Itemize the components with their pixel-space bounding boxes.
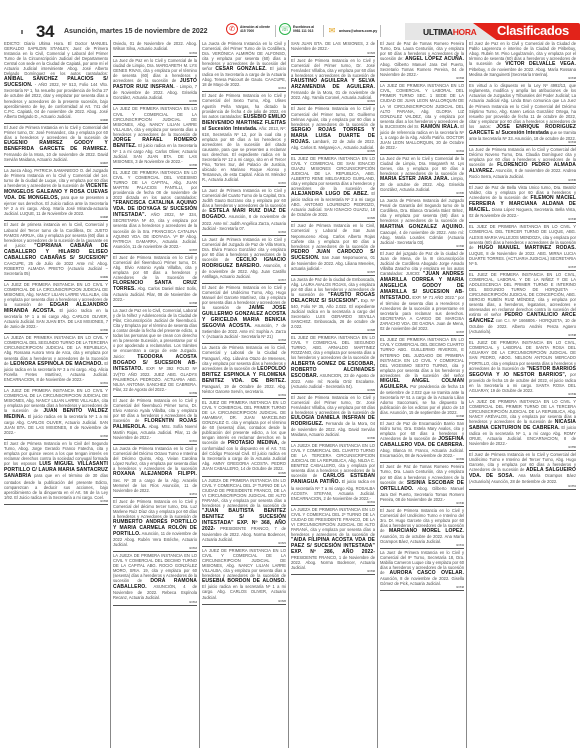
notice-footer: El juicio radica en la secretaría Nº 1 a…: [202, 584, 286, 599]
notice-footer: Año: 2013, Nº: 618, Secretaría Nº 12, po…: [202, 126, 286, 182]
edict-notice: El Juez de Paz de Encarnación Barrio San…: [380, 420, 464, 463]
notice-body: La Jueza de Primera Instancia en lo Civi…: [113, 446, 197, 471]
notice-code: E1717: [202, 279, 286, 282]
notice-body: El Juez de Primera Instancia en lo Civil…: [113, 499, 197, 519]
notice-body: EL JUEZ DE PRIMERA INSTANCIA EN LO CIVIL…: [202, 400, 286, 445]
edict-notice: El Juez del juzgado de Paz de la ciudad …: [380, 250, 464, 337]
edict-notice: La Juez de Primera Instancia en lo Civil…: [380, 549, 464, 591]
edict-notice: EDICTO: Diario Ultima Hora. El Doctor MA…: [4, 40, 108, 124]
notice-code: E1737: [380, 331, 464, 334]
column-2: Oviedo, 01 de Noviembre de 2022. Abog. W…: [110, 40, 199, 748]
notice-code: E1746: [469, 218, 576, 221]
notice-code: E1698: [4, 216, 108, 219]
notice-body: El Juez de Primera Instancia en lo Civil…: [291, 58, 375, 78]
edict-notice: La Juez de Paz en lo Civil y Comercial d…: [113, 57, 197, 105]
edict-notice: EL JUEZ DE PRIMERA INSTANCIA EN LO CIVIL…: [113, 169, 197, 254]
section-title: Clasificados: [497, 23, 569, 38]
edict-notice: EL JUEZ DE PRIMERA INSTANCIA EN LO CIVIL…: [291, 334, 375, 393]
brand-banner: ULTIMAHORA Clasificados: [405, 23, 580, 40]
contact-email-address: avisos@uhora.com.py: [339, 29, 377, 33]
notice-code: E1705: [113, 100, 197, 103]
deceased-name: "AIDA FILIPINA ACOSTA VDA DE PAEZ S/ SUC…: [291, 537, 375, 555]
notice-code: E1736: [380, 245, 464, 248]
edict-notice: LA JUEZ DE PRIMERA INSTANCIA EN LO CIVIL…: [202, 547, 286, 604]
edict-notice: El Juez de Primera Instancia en lo Civil…: [380, 507, 464, 549]
notice-code: E1704: [113, 52, 197, 55]
notice-body: LA JUEZ DE PRIMERA INSTANCIA EN LO CIVIL…: [380, 83, 464, 128]
edict-notice: El Juez de Primera Instancia en lo Civil…: [291, 394, 375, 442]
notice-body: La Juez de Paz en lo Civil y Comercial d…: [380, 156, 464, 176]
edict-notice: La Jueza de Paz de la ciudad de Emboscad…: [291, 276, 375, 334]
brand-hora: HORA: [453, 27, 477, 37]
notice-code: E1696: [4, 119, 108, 122]
notice-footer: Fernando de la Mora, 10 de noviembre de …: [4, 152, 108, 162]
notice-footer: EXP. Nº 71 AÑO 2022." por el término de …: [380, 295, 464, 331]
column-4: SAN JUAN BTA. DE LAS MISIONES, 2 de Novi…: [288, 40, 377, 748]
notice-code: E1738: [380, 415, 464, 418]
notice-code: E1732: [291, 570, 375, 573]
notice-code: E1711: [113, 493, 197, 496]
notice-code: E1742: [380, 586, 464, 589]
edict-notice: El Juez de Primera Instancia en lo Civil…: [202, 284, 286, 344]
edict-notice: LA JUEZA DE PRIMERA INSTANCIA EN LO CIVI…: [113, 552, 197, 605]
brand-ultima: ULTIMA: [423, 27, 453, 37]
notice-code: E1728: [291, 329, 375, 332]
notice-code: E1749: [469, 393, 576, 396]
notice-code: E1745: [469, 179, 576, 182]
notice-code: E1703: [4, 500, 108, 503]
notice-code: E1725: [291, 150, 375, 153]
whatsapp-icon: ☏: [279, 23, 291, 35]
edict-notice: El Juez de Primera Instancia en lo Civil…: [469, 451, 576, 489]
notice-code: E1733: [380, 77, 464, 80]
notice-body: LA JUEZA DE PRIMERA INSTANCIA EN LO CIVI…: [202, 478, 286, 508]
notice-code: E1719: [202, 394, 286, 397]
edict-notice: EL JUEZ DE PRIMERA INSTANCIA EN LO CIVIL…: [469, 271, 576, 340]
edict-notice: El Juez de Primera Instancia en lo Civil…: [113, 254, 197, 307]
notice-footer: AÑO 2022, Nº 334, SECRETARIA Nº 40, cita…: [113, 212, 197, 248]
notice-code: E1720: [202, 472, 286, 475]
edict-notice: SAN JUAN BTA. DE LAS MISIONES, 2 de Novi…: [291, 40, 375, 57]
contact-phone: ✆ Atención al cliente 415 7000: [226, 23, 270, 35]
notice-code: E1739: [380, 458, 464, 461]
notice-code: E1735: [380, 192, 464, 195]
notice-code: E1712: [113, 547, 197, 550]
edict-notice: La Juez de Primera Instancia en lo Civil…: [202, 236, 286, 284]
edict-notice: La Jueza de Primera Instancia en lo Civi…: [202, 40, 286, 92]
classifieds-columns: EDICTO: Diario Ultima Hora. El Doctor MA…: [2, 40, 578, 748]
edict-notice: LA JUEZ DE PRIMERA INSTANCIA EN LO CIVIL…: [380, 82, 464, 155]
notice-body: El Juez de Primera Instancia en lo Civil…: [113, 255, 197, 280]
edict-notice: El Juez de Primera Instancia en lo Civil…: [113, 498, 197, 552]
notice-code: E1710: [113, 440, 197, 443]
edict-notice: El Juez de Paz de Bella Vista Unico turn…: [469, 184, 576, 223]
brand-logo: ULTIMAHORA: [423, 27, 477, 37]
edict-notice: LA JUEZA DE PRIMERA INSTANCIA EN LO CIVI…: [202, 477, 286, 548]
notice-code: E1713: [113, 601, 197, 604]
edict-notice: LA JUEZA DE PRIMERA INSTANCIA EN LO CIVI…: [291, 506, 375, 576]
notice-code: E1700: [4, 329, 108, 332]
notice-code: E1724: [291, 100, 375, 103]
column-1: EDICTO: Diario Ultima Hora. El Doctor MA…: [2, 40, 110, 748]
notice-code: E1734: [380, 150, 464, 153]
contact-value: 0981 111 013: [293, 29, 314, 33]
notice-body: Oviedo, 01 de Noviembre de 2022. Abog. W…: [113, 41, 197, 51]
notice-code: E1726: [291, 217, 375, 220]
deceased-name: FAUSTINO AGUILERA Y SELVA ARZAMENDIA DE …: [291, 78, 375, 90]
notice-footer: CAACUPE, 25 de Julio de 2022 Ante mí: Ab…: [4, 261, 108, 276]
notice-code: E1707: [113, 249, 197, 252]
edict-notice: La Juez de Paz en lo Civil, Comercial, L…: [113, 307, 197, 397]
notice-body: El Juez de Primera Instancia en lo Civil…: [291, 395, 375, 415]
notice-body: EL JUEZ DE PRIMERA INSTANCIA EN LO CIVIL…: [469, 272, 576, 317]
notice-footer: Abog. Blanca M. Franco, Actuaria Judicia…: [380, 448, 464, 458]
edict-notice: El Juez de Primera Instancia en lo Civil…: [4, 440, 108, 505]
notice-code: E1697: [4, 162, 108, 165]
notice-footer: Fernando de la Mora, 01 de noviembre de …: [291, 90, 375, 100]
page-number: 34: [36, 22, 54, 42]
edict-notice: La Juez de Paz en lo Civil y Comercial d…: [380, 155, 464, 197]
notice-code: E1751: [469, 485, 576, 488]
edict-notice: Oviedo, 01 de Noviembre de 2022. Abog. W…: [113, 40, 197, 57]
notice-code: E1715: [202, 182, 286, 185]
edict-notice: La Juez de Primera Instancia en lo Civil…: [202, 187, 286, 235]
edict-notice: La Jueza de Primera Instancia del Juzgad…: [380, 197, 464, 249]
edict-notice: EL JUEZ DE PRIMERA INSTANCIA EN LO CIVIL…: [202, 399, 286, 477]
notice-body: El Juez de Primera Instancia en lo Civil…: [291, 106, 375, 126]
notice-code: E1740: [380, 502, 464, 505]
edict-notice: El Juez de Primera Instancia en lo Civil…: [291, 57, 375, 105]
notice-code: E1750: [469, 446, 576, 449]
notice-code: E1709: [113, 392, 197, 395]
edict-notice: EL JUEZ DE PRIMERA INSTANCIA EN LO CIVIL…: [380, 336, 464, 420]
notice-body: EL JUEZ DE PRIMERA INSTANCIA EN LO CIVIL…: [291, 156, 375, 191]
notice-footer: Abog. Gilberto Manuel Jara Del Puerto, S…: [380, 62, 464, 77]
notice-footer: - AÑO 2022, Nº 513, Folio 144 Vlto. Secr…: [4, 82, 108, 118]
notice-body: El Juez de Primera Instancia en lo Civil…: [4, 125, 108, 140]
notice-code: E1708: [113, 302, 197, 305]
contact-email: ✉ avisos@uhora.com.py: [327, 26, 377, 36]
edict-notice: LA JUEZ DE PRIMERA INSTANCIA EN LO CIVIL…: [113, 105, 197, 169]
notice-code: E1744: [469, 141, 576, 144]
margin-mark: [21, 30, 23, 34]
notice-code: E1731: [291, 501, 375, 504]
notice-body: SAN JUAN BTA. DE LAS MISIONES, 2 de Novi…: [291, 41, 375, 51]
edict-notice: La Jueza de Primera Instancia en lo Civi…: [202, 344, 286, 398]
notice-footer: Asunción, 8 de noviembre de 2022. Gisell…: [380, 576, 464, 586]
notice-footer: PRESIDENTE FRANCO, 7 de Noviembre de 202…: [202, 526, 286, 542]
edict-notice: EL JUEZ DE PRIMERA INSTANCIA EN LO CIVIL…: [469, 339, 576, 397]
notice-body: En virtud a lo dispuesto en la Ley Nº 49…: [469, 83, 576, 128]
edict-notice: El Juez de Paz en lo Civil y Comercial d…: [469, 40, 576, 82]
notice-code: E1706: [113, 164, 197, 167]
notice-footer: Asunción, 31 de octubre de 2022. Ana Mar…: [380, 534, 464, 544]
edict-notice: LA JUEZA DE PRIMERA INSTANCIA EN LO CIVI…: [4, 334, 108, 386]
page-header: 34 Asunción, martes 15 de noviembre de 2…: [0, 0, 580, 40]
issue-date: Asunción, martes 15 de noviembre de 2022: [64, 28, 208, 35]
column-5: El Juez de Paz de Tomas Romero Pereira T…: [377, 40, 466, 748]
column-6: El Juez de Paz en lo Civil y Comercial d…: [466, 40, 578, 748]
notice-footer: Paraguarí, 19 de Octubre de 2022. Abg. N…: [202, 384, 286, 394]
notice-code: E1716: [202, 231, 286, 234]
notice-body: LA JUEZ DE PRIMERA INSTANCIA EN LO CIVIL…: [202, 548, 286, 578]
notice-body: EL JUEZ DE PRIMERA INSTANCIA EN LO CIVIL…: [113, 170, 197, 200]
contact-value: 415 7000: [240, 29, 270, 33]
edict-notice: El Juez de Primera Instancia en lo Civil…: [4, 124, 108, 167]
notice-code: E1743: [469, 77, 576, 80]
edict-notice: EL JUEZ DE PRIMERA INSTANCIA EN LO CIVIL…: [469, 223, 576, 270]
notice-code: E1701: [4, 382, 108, 385]
notice-body: EL JUEZ DE PRIMERA INSTANCIA EN LO CIVIL…: [291, 335, 375, 360]
edict-notice: La Jueza de Primera Instancia en lo Civi…: [113, 445, 197, 497]
divider: [275, 25, 276, 37]
edict-notice: El Juez de Primera Instancia en lo Civil…: [202, 92, 286, 187]
notice-code: E1748: [469, 334, 576, 337]
edict-notice: El Juez de Paz de Tomas Romero Pereira T…: [380, 463, 464, 506]
edict-notice: LA JUEZ DE PRIMERA INSTANCIA EN LO CIVIL…: [469, 398, 576, 451]
edict-notice: La Juez de Primera Instancia en lo Civil…: [469, 146, 576, 184]
notice-code: E1699: [4, 276, 108, 279]
edict-notice: El Juez de Primera Instancia en lo Civil…: [291, 222, 375, 275]
notice-code: E1729: [291, 389, 375, 392]
column-3: La Jueza de Primera Instancia en lo Civi…: [199, 40, 288, 748]
notice-body: La Jueza de Primera Instancia del Juzgad…: [380, 198, 464, 223]
edict-notice: El Juez de Primera Instancia en lo Civil…: [113, 397, 197, 445]
divider: [380, 25, 381, 37]
notice-code: E1714: [202, 87, 286, 90]
notice-body: El Juez de Primera Instancia en lo Civil…: [291, 223, 375, 248]
notice-body: EL JUEZ DE PRIMERA INSTANCIA EN LO CIVIL…: [380, 337, 464, 377]
edict-notice: LA JUEZA DE PRIMERA INSTANCIA EN LO CIVI…: [291, 442, 375, 506]
edict-notice: El Juez de Paz de Tomas Romero Pereira T…: [380, 40, 464, 82]
notice-footer: Pirbebuy, 4 de noviembre de 2022. Abog. …: [469, 67, 576, 77]
edict-notice: En virtud a lo dispuesto en la Ley Nº 49…: [469, 82, 576, 146]
edict-notice: El Juez de Primera Instancia en lo Civil…: [291, 105, 375, 154]
notice-code: E1727: [291, 271, 375, 274]
notice-body: LA JUEZ DE PRIMERA INSTANCIA EN LO CIVIL…: [113, 106, 197, 136]
notice-code: E1747: [469, 266, 576, 269]
edict-notice: La Jueza Abog. PATRICIA SAMANIEGO O. del…: [4, 167, 108, 221]
envelope-icon: ✉: [327, 26, 337, 36]
notice-code: E1722: [202, 600, 286, 603]
notice-footer: PRESIDENTE FRANCO, 1 de Noviembre de 202…: [291, 555, 375, 570]
notice-code: E1723: [291, 52, 375, 55]
divider: [323, 25, 324, 37]
deceased-name: EUGENIO RAMIREZ GODOY Y BENEFRIDA GARCET…: [4, 140, 108, 152]
edict-notice: LA JUEZ DE PRIMERA INSTANCIA EN LO CIVIL…: [4, 281, 108, 334]
edict-notice: LA JUEZ DE PRIMERA INSTANCIA EN LO CIVIL…: [4, 387, 108, 440]
notice-body: La Juez de Paz en lo Civil, Comercial, L…: [113, 308, 197, 358]
edict-notice: EL JUEZ DE PRIMERA INSTANCIA EN LO CIVIL…: [291, 155, 375, 223]
notice-footer: Caacupé, 4 de noviembre de 2022. Ante mí…: [380, 230, 464, 245]
notice-code: E1721: [202, 542, 286, 545]
notice-code: E1718: [202, 339, 286, 342]
notice-code: E1702: [4, 435, 108, 438]
notice-body: LA JUEZA DE PRIMERA INSTANCIA EN LO CIVI…: [291, 507, 375, 537]
notice-code: E1741: [380, 544, 464, 547]
notice-code: E1730: [291, 437, 375, 440]
edict-notice: El Juez de primera instancia en lo Civil…: [4, 221, 108, 280]
notice-body: EDICTO: Diario Ultima Hora. El Doctor MA…: [4, 41, 108, 76]
notice-footer: LUQUE, 8 de Noviembre de 2022. ABG. MIRN…: [469, 251, 576, 266]
phone-icon: ✆: [226, 23, 238, 35]
contact-whatsapp: ☏ Escríbinos al 0981 111 013: [279, 23, 314, 35]
notice-footer: Sec. Nº 30 a cargo de la Abg. Aracelis M…: [113, 478, 197, 493]
